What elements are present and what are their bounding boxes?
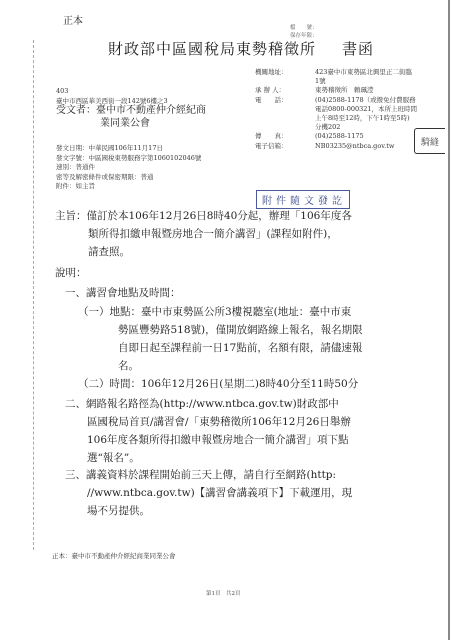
contact-row: 電 話：(04)2588-1178（或撥免付費服務 bbox=[255, 96, 417, 105]
item-1-2: （二）時間：106年12月26日(星期二)8時40分至11時50分 bbox=[78, 375, 358, 393]
contact-row: 上午8時至12時，下午1時至5時) bbox=[255, 114, 417, 123]
speed-class: 速別：普通件 bbox=[56, 163, 201, 173]
attachment: 附件：如主旨 bbox=[56, 182, 201, 192]
subject-label: 主旨： bbox=[55, 210, 87, 222]
item-1-1: （一）地點：臺中市東勢區公所3樓視聽室(地址：臺中市東 勢區豐勢路518號)，僅… bbox=[78, 303, 363, 375]
item-3: 三、講義資料於課程開始前三天上傳，請自行至網路(http: //www.ntbc… bbox=[65, 466, 352, 520]
copy-to: 正本：臺中市不動產仲介經紀商業同業公會 bbox=[52, 551, 176, 560]
recipient-line-1: 受文者：臺中市不動產仲介經紀商 bbox=[56, 104, 206, 117]
contact-row: 傳 真：(04)2588-1175 bbox=[255, 132, 417, 141]
subject: 主旨：僅訂於本106年12月26日8時40分起，辦理「106年度各 類所得扣繳申… bbox=[55, 207, 352, 261]
document-title: 財政部中區國稅局東勢稽徵所書函 bbox=[108, 38, 374, 59]
page-number: 第1頁 共2頁 bbox=[206, 589, 241, 597]
explanation-label: 說明： bbox=[55, 264, 87, 282]
contact-row: 電話0800-000321，本所上班時間 bbox=[255, 105, 417, 114]
contact-row: 機關地址：423臺中市東勢區北興里正二街臨 bbox=[255, 68, 417, 77]
postal-code: 403 bbox=[56, 87, 68, 96]
contact-row: 電子信箱：NB03235@ntbca.gov.tw bbox=[255, 142, 417, 151]
secrecy-level: 密等及解密條件或保密期限：普通 bbox=[56, 173, 201, 183]
contact-block: 機關地址：423臺中市東勢區北興里正二街臨 1號 承 辦 人：東勢稽徵所 賴珮滢… bbox=[255, 68, 417, 151]
item-2: 二、網路報名路徑為(http://www.ntbca.gov.tw)財政部中 區… bbox=[65, 395, 351, 467]
file-number-label: 檔 號： bbox=[290, 24, 318, 32]
document-type: 書函 bbox=[342, 40, 374, 58]
agency-name: 財政部中區國稅局東勢稽徵所 bbox=[108, 40, 316, 58]
recipient: 受文者：臺中市不動產仲介經紀商 業同業公會 bbox=[56, 104, 206, 130]
item-1-title: 一、講習會地點及時間： bbox=[65, 284, 181, 302]
document-meta: 發文日期：中華民國106年11月17日 發文字號：中區國稅東勢服務字第10601… bbox=[56, 144, 201, 192]
document-number: 發文字號：中區國稅東勢服務字第1060102046號 bbox=[56, 154, 201, 164]
issue-date: 發文日期：中華民國106年11月17日 bbox=[56, 144, 201, 154]
page-border bbox=[448, 0, 450, 640]
binding-fold-line bbox=[33, 40, 34, 550]
copy-label: 正本 bbox=[63, 12, 83, 27]
seam-seal-stamp: 騎縫 bbox=[414, 128, 445, 154]
contact-row: 承 辦 人：東勢稽徵所 賴珮滢 bbox=[255, 86, 417, 95]
recipient-line-2: 業同業公會 bbox=[56, 117, 206, 130]
